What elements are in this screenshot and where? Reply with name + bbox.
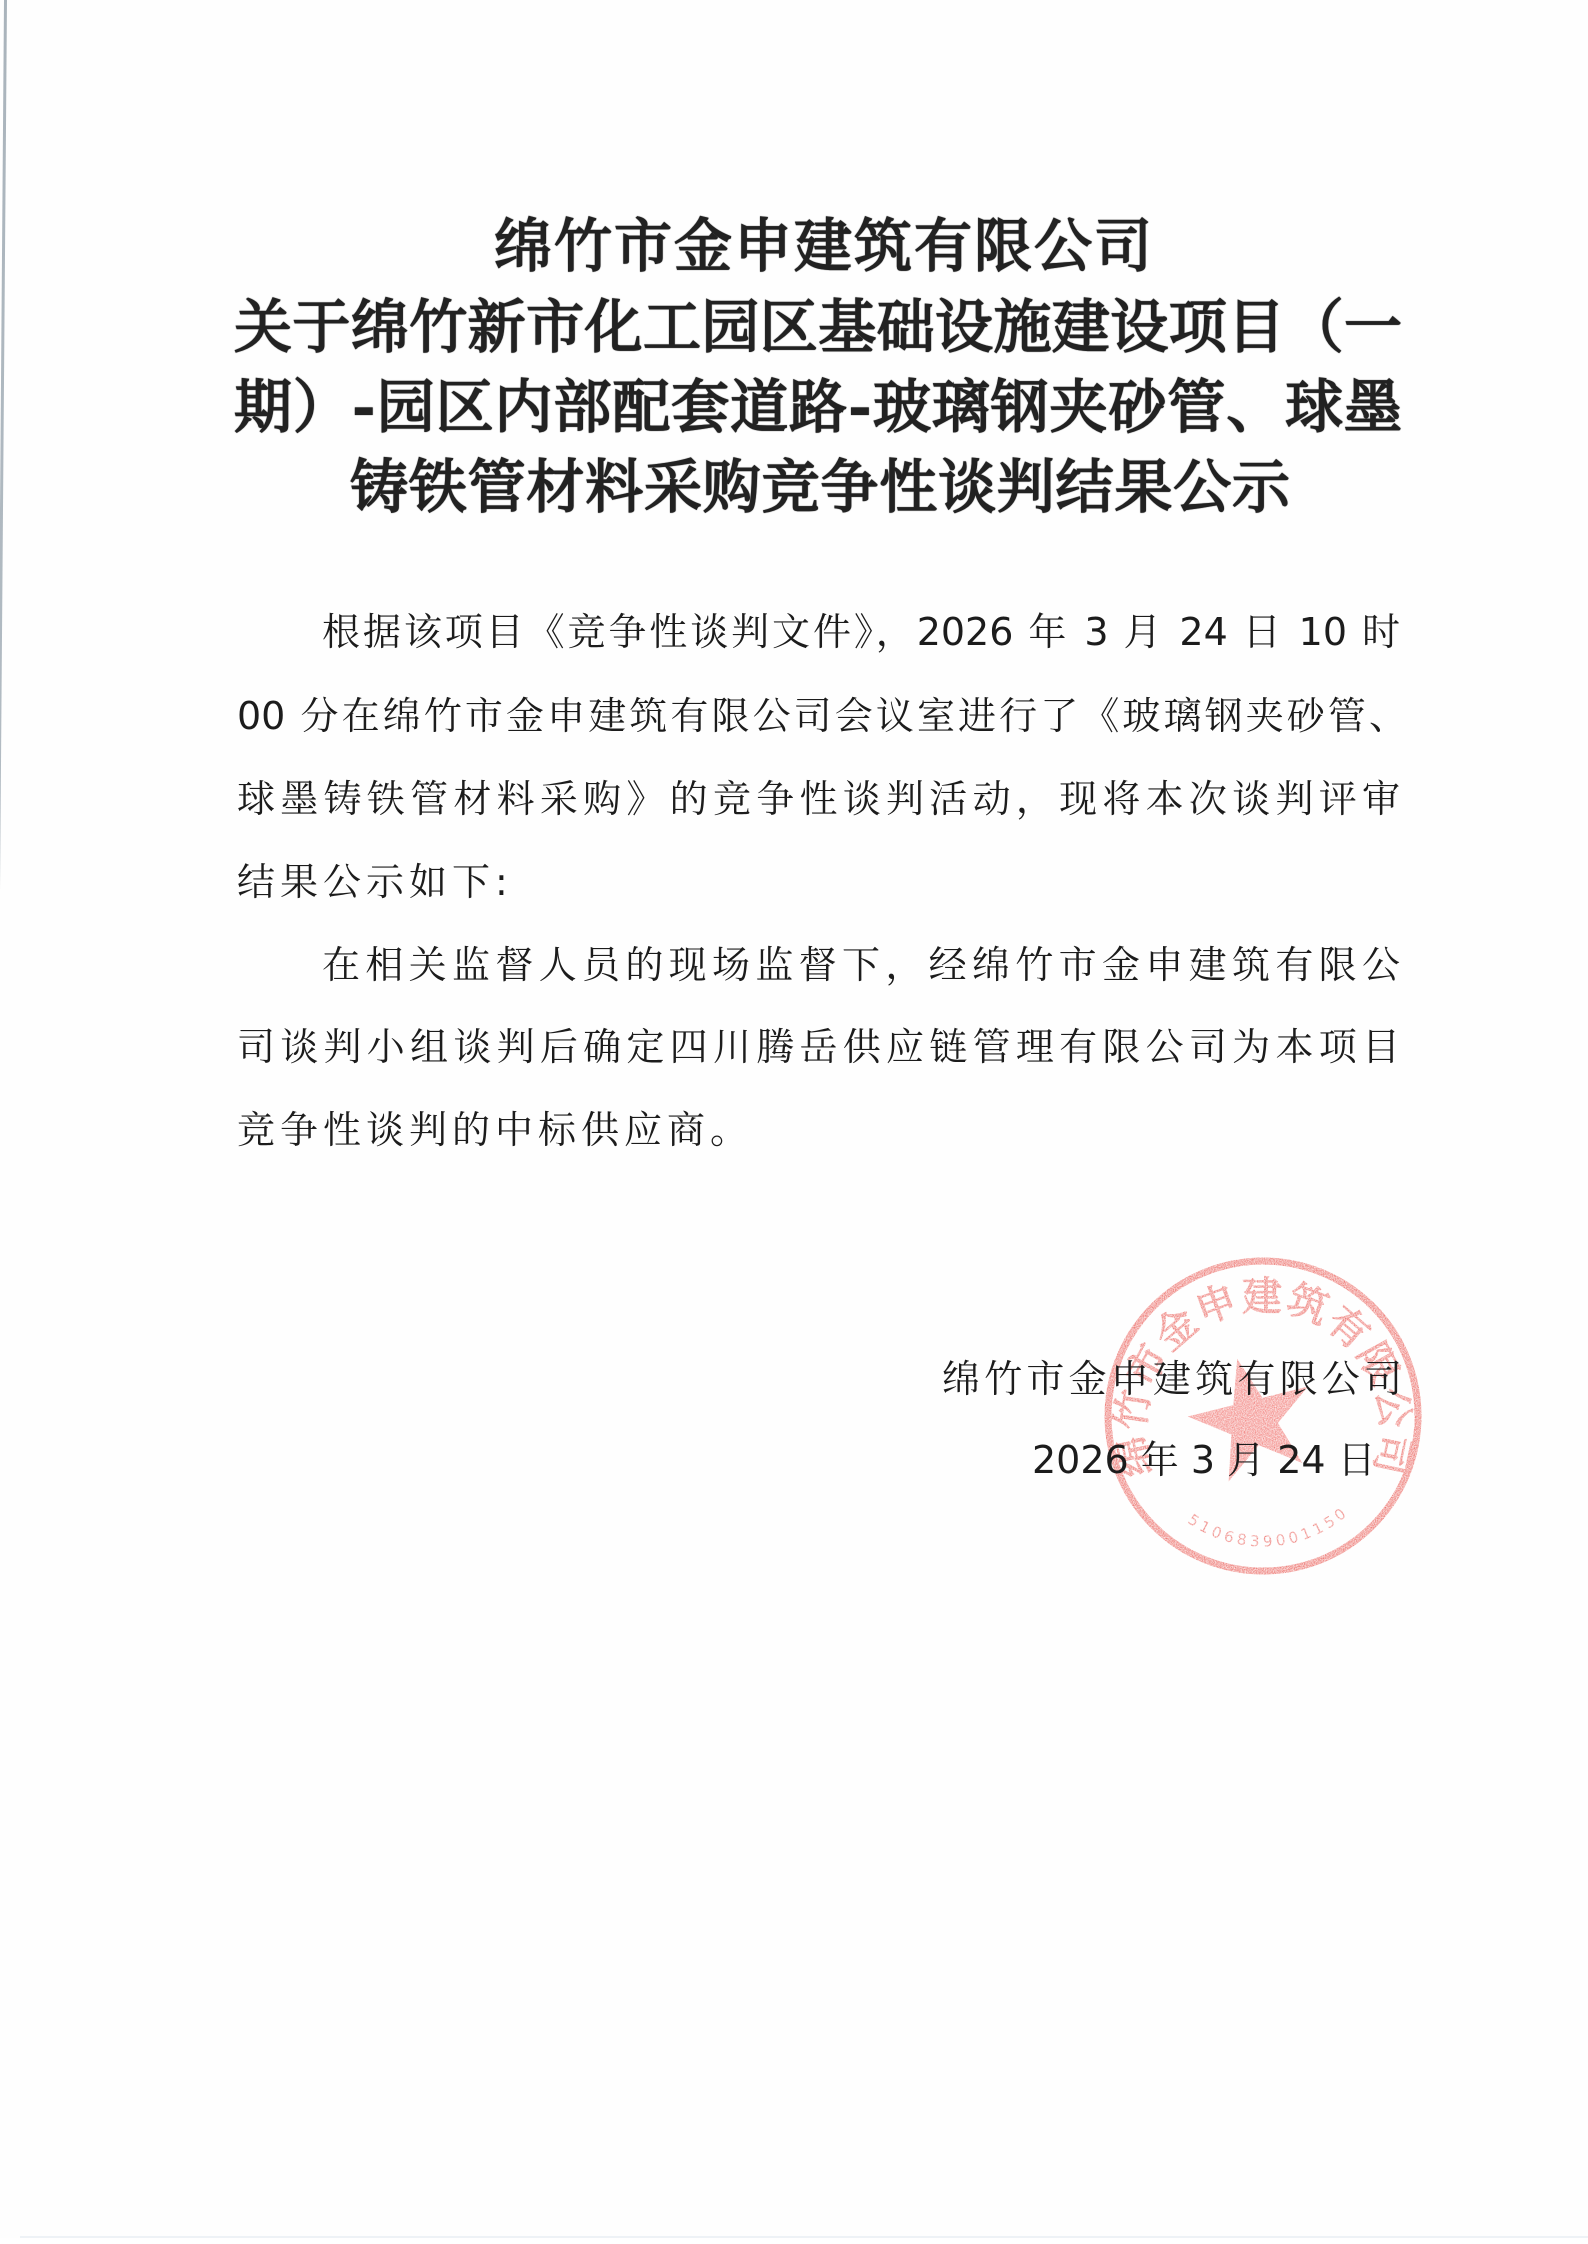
paragraph-2-line-2: 司谈判小组谈判后确定四川腾岳供应链管理有限公司为本项目: [237, 1023, 1400, 1071]
seal-code-text: 5106839001150: [1185, 1502, 1353, 1550]
paragraph-2-line-1: 在相关监督人员的现场监督下，经绵竹市金申建筑有限公: [322, 941, 1400, 989]
title-line-4: 铸铁管材料采购竞争性谈判结果公示: [350, 455, 1290, 519]
paragraph-1-line-1: 根据该项目《竞争性谈判文件》，2026 年 3 月 24 日 10 时: [322, 608, 1400, 656]
paragraph-1-line-2: 00 分在绵竹市金申建筑有限公司会议室进行了《玻璃钢夹砂管、: [237, 692, 1407, 740]
page-bottom-edge: [20, 2236, 1588, 2238]
paragraph-2-line-3: 竞争性谈判的中标供应商。: [237, 1106, 753, 1154]
title-line-2: 关于绵竹新市化工园区基础设施建设项目（一: [234, 295, 1402, 359]
svg-text:5106839001150: 5106839001150: [1185, 1502, 1353, 1550]
paragraph-1-line-3: 球墨铸铁管材料采购》的竞争性谈判活动，现将本次谈判评审: [237, 775, 1400, 823]
signature-company: 绵竹市金申建筑有限公司: [942, 1355, 1402, 1403]
title-line-1: 绵竹市金申建筑有限公司: [494, 214, 1094, 278]
official-seal-stamp: 绵竹市金申建筑有限公司 5106839001150: [1100, 1253, 1426, 1579]
document-page: 绵竹市金申建筑有限公司 关于绵竹新市化工园区基础设施建设项目（一 期）-园区内部…: [0, 0, 1588, 2238]
scan-edge-shadow: [0, 0, 7, 2236]
title-line-3: 期）-园区内部配套道路-玻璃钢夹砂管、球墨: [234, 375, 1402, 439]
paragraph-1-line-4: 结果公示如下:: [237, 858, 513, 906]
signature-date: 2026 年 3 月 24 日: [1032, 1436, 1354, 1484]
